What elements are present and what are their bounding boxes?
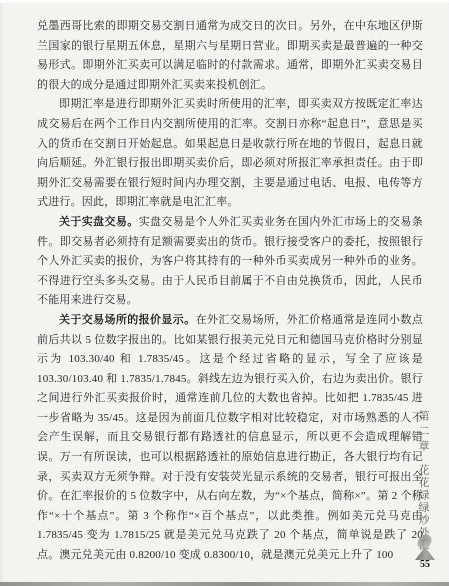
paragraph: 兑墨西哥比索的即期交易交割日通常为成交日的次日。另外，在中东地区伊斯兰国家的银行… — [37, 17, 423, 95]
paragraph-text: 兑墨西哥比索的即期交易交割日通常为成交日的次日。另外，在中东地区伊斯兰国家的银行… — [37, 20, 423, 91]
paragraph-lead: 关于实盘交易。 — [59, 216, 139, 228]
paragraph: 关于实盘交易。实盘交易是个人外汇买卖业务在国内外汇市场上的交易条件。即交易者必须… — [37, 213, 423, 311]
paragraph-lead: 关于交易场所的报价显示。 — [59, 314, 196, 326]
chapter-label: 第二章 — [418, 410, 431, 455]
scan-edge-top — [0, 0, 449, 3]
scanned-book-page: 兑墨西哥比索的即期交易交割日通常为成交日的次日。另外，在中东地区伊斯兰国家的银行… — [0, 0, 449, 586]
paragraph-text: 即期汇率是进行即期外汇买卖时所使用的汇率，即买卖双方按既定汇率达成交易后在两个工… — [37, 98, 423, 208]
page-number: 55 — [416, 559, 434, 570]
paragraph-text: 实盘交易是个人外汇买卖业务在国内外汇市场上的交易条件。即交易者必须持有足额需要卖… — [37, 216, 423, 306]
body-text-block: 兑墨西哥比索的即期交易交割日通常为成交日的次日。另外，在中东地区伊斯兰国家的银行… — [37, 17, 423, 566]
margin-sidebar: 第二章 花花绿绿炒外汇 55 — [416, 410, 433, 580]
paragraph-text: 在外汇交易场所，外汇价格通常是连同小数点前后共以 5 位数字报出的。比如某银行报… — [37, 314, 423, 561]
scan-edge-bottom — [0, 582, 449, 586]
paragraph: 关于交易场所的报价显示。在外汇交易场所，外汇价格通常是连同小数点前后共以 5 位… — [37, 311, 423, 566]
paragraph: 即期汇率是进行即期外汇买卖时所使用的汇率，即买卖双方按既定汇率达成交易后在两个工… — [37, 95, 423, 213]
